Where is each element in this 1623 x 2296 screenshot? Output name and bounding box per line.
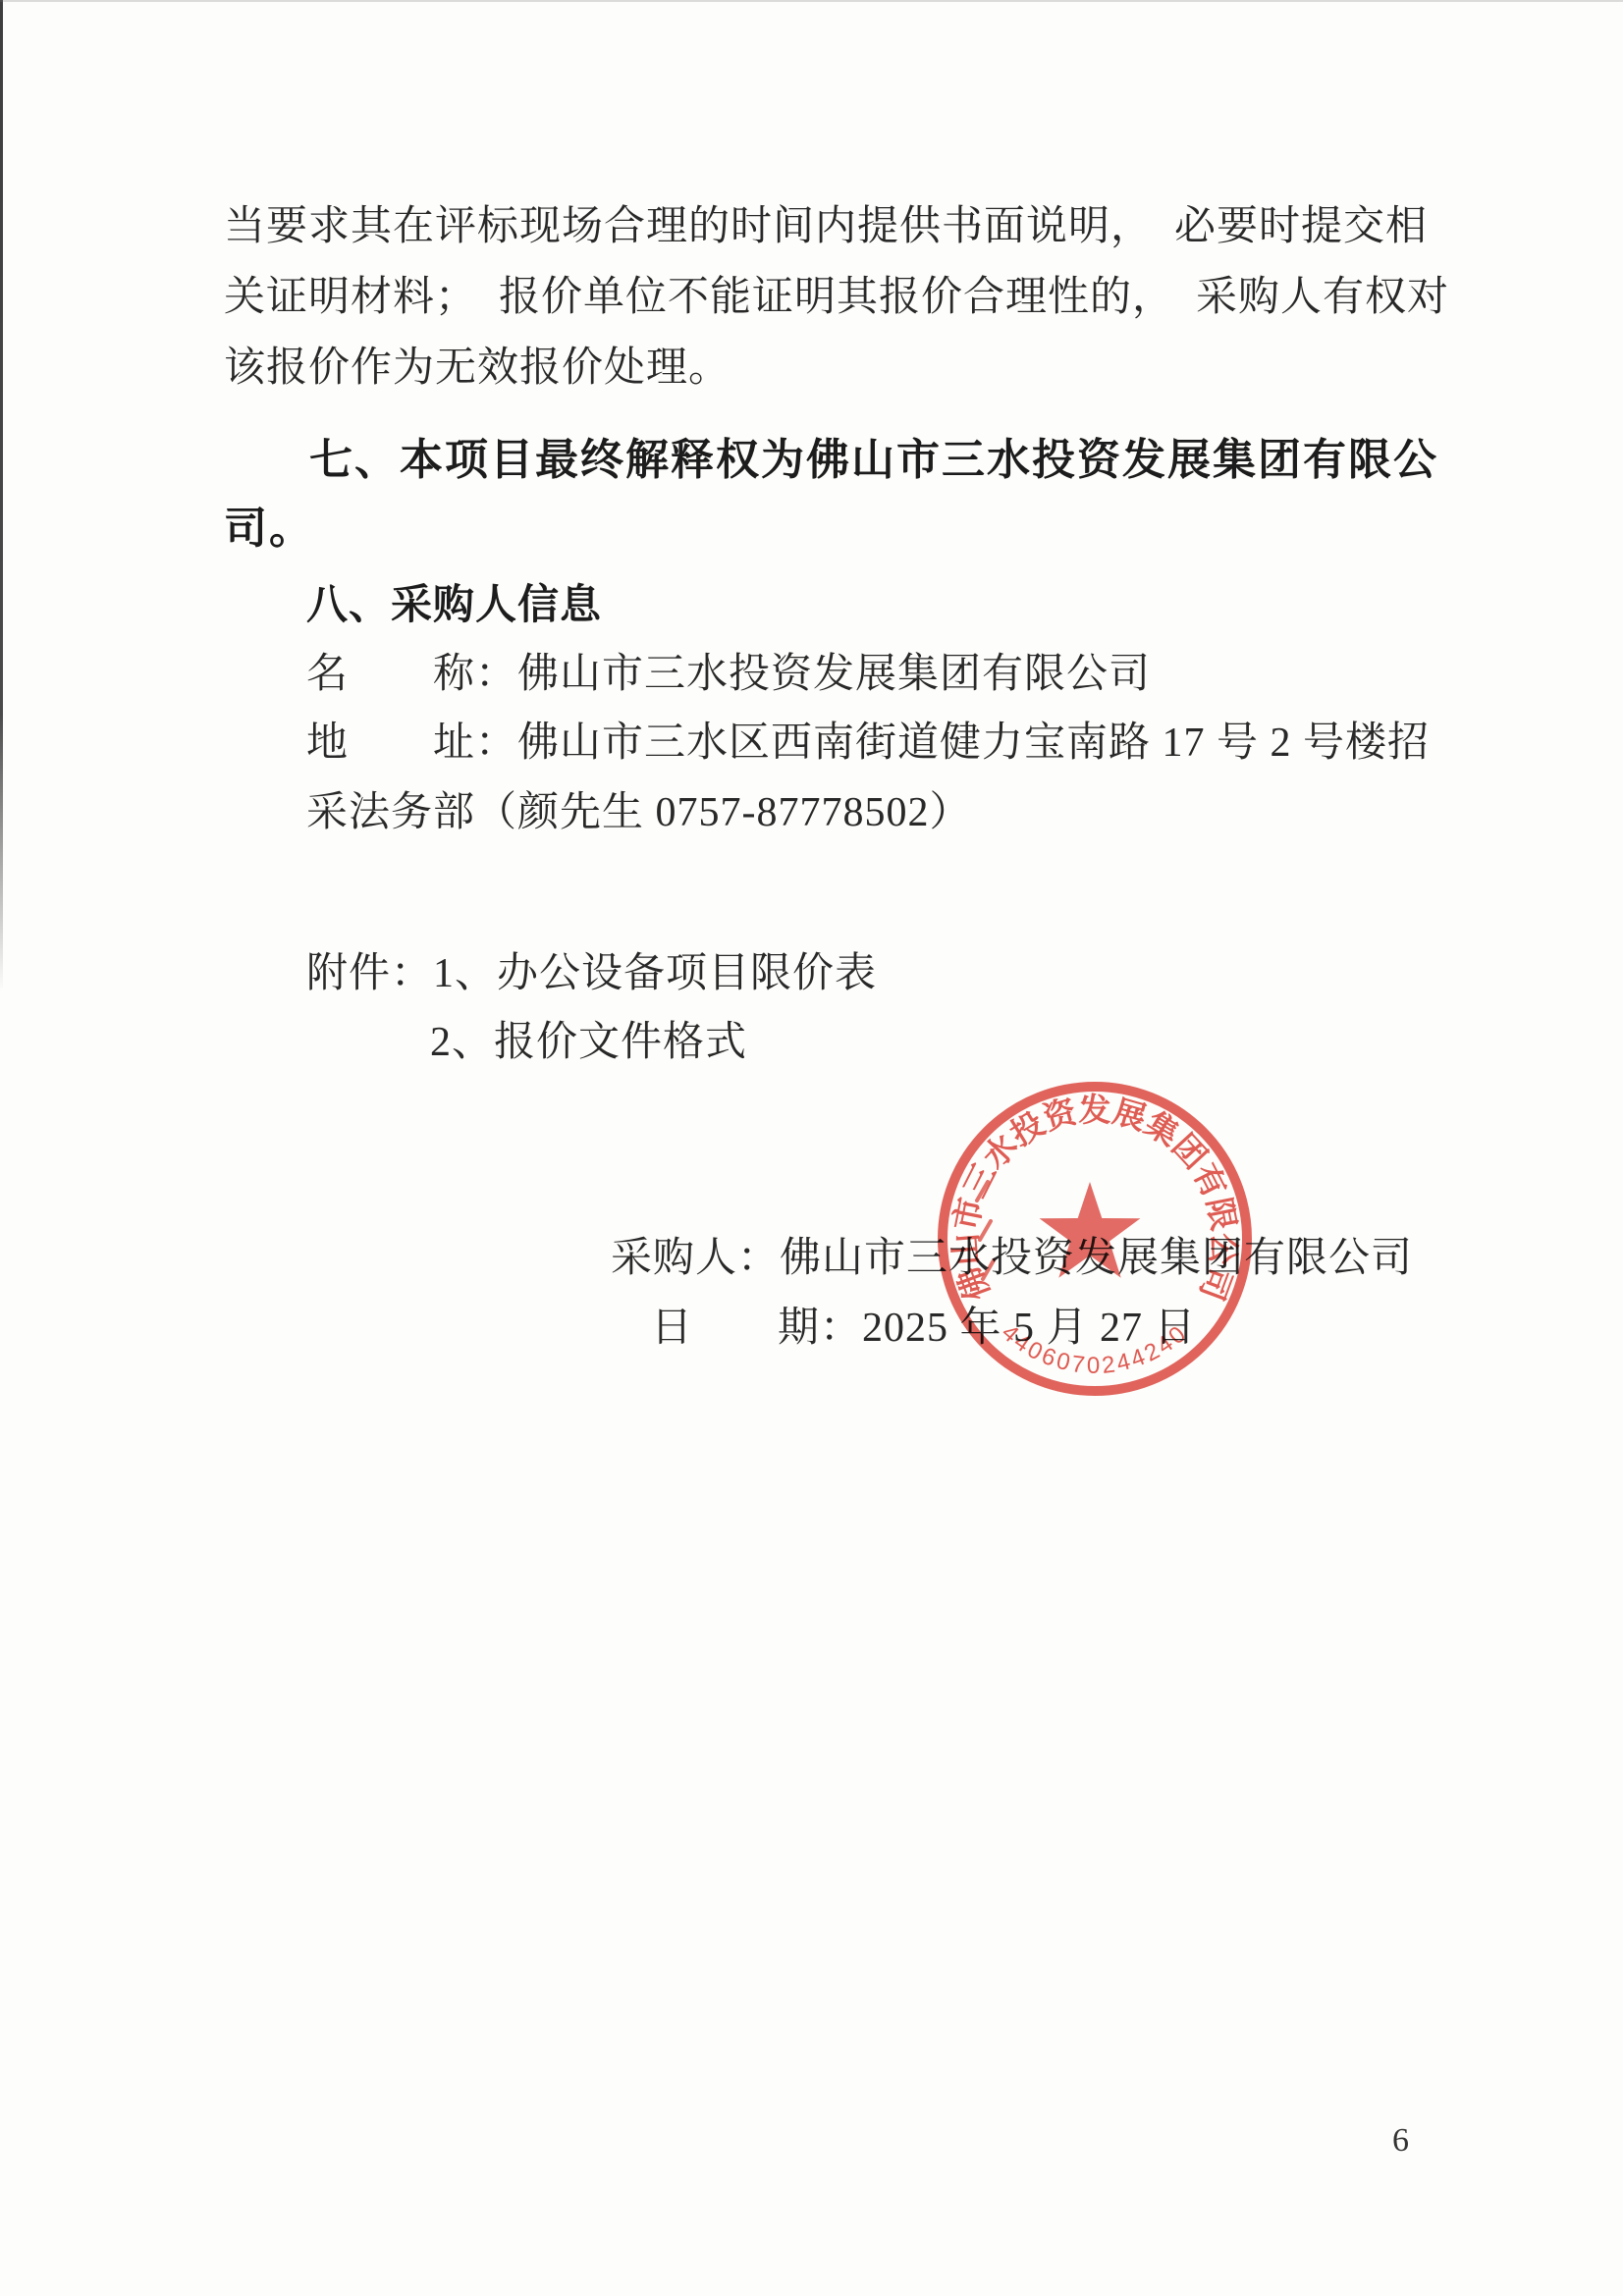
section7-heading-line: 七、本项目最终解释权为佛山市三水投资发展集团有限公 (309, 433, 1438, 488)
scan-artifact-left-edge (0, 0, 3, 991)
seal-star-icon (1040, 1182, 1141, 1278)
scanned-document-page: 当要求其在评标现场合理的时间内提供书面说明， 必要时提交相 关证明材料； 报价单… (0, 0, 1623, 2296)
attachment-line: 2、报价文件格式 (430, 1017, 747, 1070)
attachment-line: 附件：1、办公设备项目限价表 (306, 948, 877, 1001)
buyer-address-line: 采法务部（颜先生 0757-87778502） (306, 787, 972, 840)
section8-heading: 八、采购人信息 (306, 580, 602, 633)
page-number: 6 (1392, 2122, 1409, 2160)
paragraph-line: 关证明材料； 报价单位不能证明其报价合理性的， 采购人有权对 (224, 272, 1449, 325)
paragraph-line: 该报价作为无效报价处理。 (224, 343, 730, 396)
buyer-name-line: 名 称：佛山市三水投资发展集团有限公司 (306, 649, 1151, 702)
paragraph-line: 当要求其在评标现场合理的时间内提供书面说明， 必要时提交相 (224, 201, 1428, 254)
scan-artifact-top-edge (0, 0, 1623, 2)
company-seal-stamp: 佛山市三水投资发展集团有限公司 4406070244240 (928, 1072, 1262, 1406)
buyer-address-line: 地 址：佛山市三水区西南街道健力宝南路 17 号 2 号楼招 (306, 718, 1430, 771)
section7-heading-line: 司。 (224, 502, 314, 557)
